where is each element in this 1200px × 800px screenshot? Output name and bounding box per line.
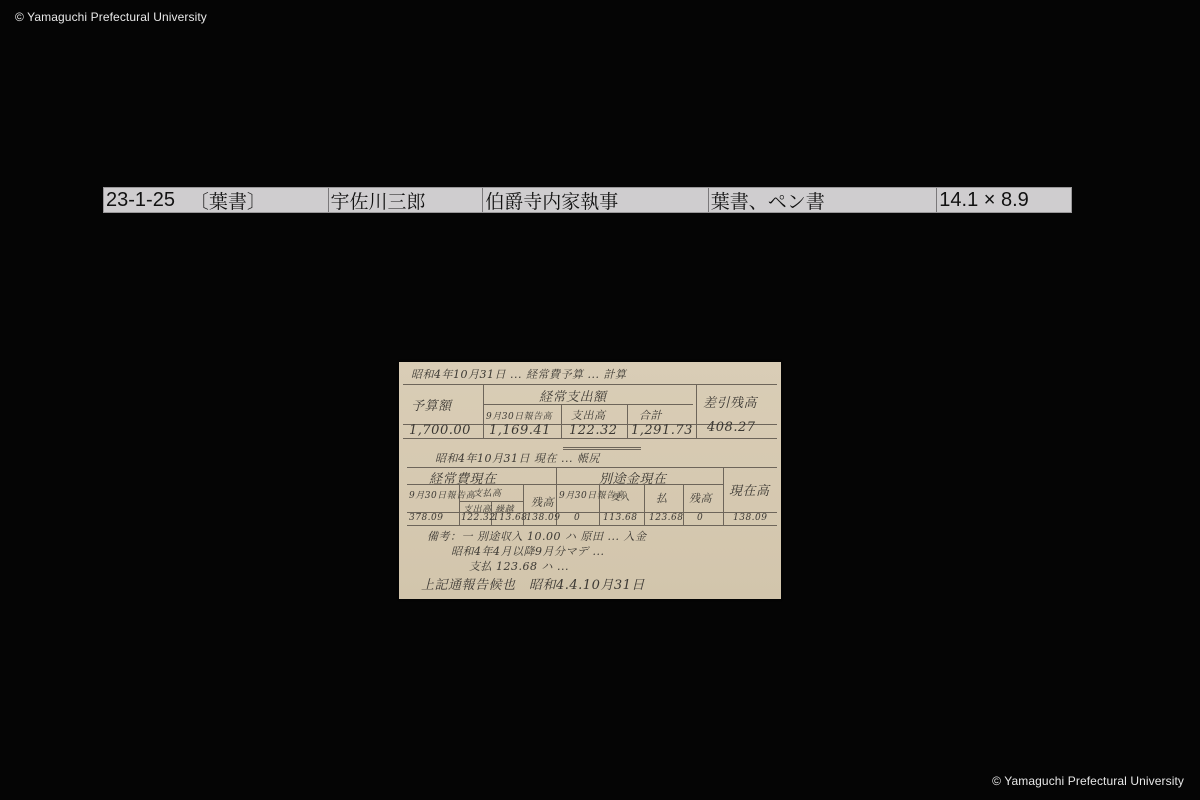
card-subtitle: 昭和4年10月31日 現在 ... 帳尻 (435, 450, 600, 466)
document-author: 宇佐川三郎 (329, 188, 484, 212)
payment-value: 122.32 (569, 423, 618, 438)
note-line-4: 上記通報告候也 昭和4.4.10月31日 (421, 574, 645, 593)
document-size: 14.1 × 8.9 (937, 188, 1071, 212)
payment-header: 支出高 (571, 407, 606, 423)
b-sep30-value: 0 (574, 513, 580, 523)
budget-value: 1,700.00 (409, 423, 471, 438)
note-line-3: 支払 123.68 ハ ... (469, 558, 569, 574)
a-sep30-value: 378.09 (409, 513, 444, 523)
budget-header: 予算額 (411, 395, 452, 414)
b-remaining-header: 残高 (689, 490, 712, 506)
group-b-header: 別途金現在 (599, 468, 667, 487)
a-remaining-value: 138.09 (526, 513, 561, 523)
note-line-2: 昭和4年4月以降9月分マデ ... (451, 543, 604, 559)
a-returned-value: 113.68 (493, 513, 528, 523)
table1-divider (483, 384, 484, 438)
a-remaining-header: 残高 (531, 494, 554, 510)
a-paid-header: 支払高 (473, 486, 502, 499)
current-header: 現在高 (729, 480, 770, 499)
b-in-header: 受入 (611, 490, 630, 503)
a-paid-out-value: 122.32 (461, 513, 496, 523)
postcard-document: 昭和4年10月31日 ... 経常費予算 ... 計算 予算額 経常支出額 9月… (399, 362, 781, 599)
total-value: 1,291.73 (631, 423, 693, 438)
catalog-label-strip: 23-1-25 〔葉書〕 宇佐川三郎 伯爵寺内家執事 葉書、ペン書 14.1 ×… (103, 187, 1072, 213)
card-title: 昭和4年10月31日 ... 経常費予算 ... 計算 (411, 366, 626, 382)
table1-top-rule (403, 384, 777, 385)
table2-divider (644, 484, 645, 525)
b-paid-value: 123.68 (649, 513, 684, 523)
table1-divider (627, 404, 628, 438)
copyright-notice-bottom: © Yamaguchi Prefectural University (992, 774, 1184, 788)
table2-bottom-rule (407, 525, 777, 526)
spending-header: 経常支出額 (539, 386, 607, 405)
current-value: 138.09 (733, 513, 768, 523)
table1-divider (561, 404, 562, 438)
note-line-1: 備考：一 別途収入 10.00 ハ 原田 ... 入金 (427, 528, 646, 544)
author-role: 伯爵寺内家執事 (483, 188, 709, 212)
balance-header: 差引残高 (703, 392, 757, 411)
document-medium: 葉書、ペン書 (709, 188, 938, 212)
document-type: 〔葉書〕 (188, 188, 329, 212)
b-remaining-value: 0 (697, 513, 703, 523)
sep30-value: 1,169.41 (489, 423, 551, 438)
table1-bottom-rule (403, 438, 777, 439)
a-sep30-header: 9月30日報告高 (409, 488, 475, 501)
balance-value: 408.27 (707, 420, 756, 435)
b-in-value: 113.68 (603, 513, 638, 523)
total-header: 合計 (639, 407, 662, 423)
sep30-header: 9月30日報告高 (486, 409, 552, 422)
table2-divider (723, 467, 724, 525)
group-a-header: 経常費現在 (429, 468, 497, 487)
catalog-id: 23-1-25 (104, 188, 188, 212)
copyright-notice-top: © Yamaguchi Prefectural University (15, 10, 207, 24)
b-paid-header: 払 (656, 490, 668, 506)
table1-divider (696, 384, 697, 438)
